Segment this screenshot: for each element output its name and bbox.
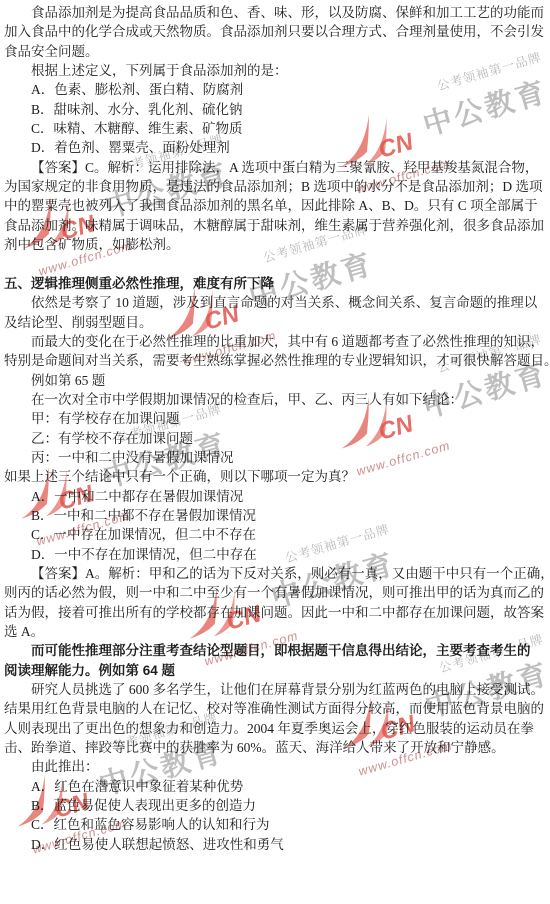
text-line: 例如第 65 题 xyxy=(4,371,548,390)
option-c: C．一中存在加课情况，但二中不存在 xyxy=(4,525,548,544)
text-line: 击、跆拳道、摔跤等比赛中的获胜率为 60%。蓝天、海洋给人带来了开放和宁静感。 xyxy=(4,738,548,757)
answer-line: 【答案】A。解析：甲和乙的话为下反对关系，则必有一真，又由题干中只有一个正确， xyxy=(4,564,548,583)
text-line: 在一次对全市中学假期加课情况的检查后，甲、乙、丙三人有如下结论： xyxy=(4,390,548,409)
emphasis-line: 阅读理解能力。例如第 64 题 xyxy=(4,661,548,680)
text-line: 话为假，接着可推出所有的学校都存在加课问题。因此一中和二中都存在加课问题，故答案 xyxy=(4,603,548,622)
statement-bing: 丙：一中和二中没有暑假加课情况 xyxy=(4,448,548,467)
text-line: 研究人员挑选了 600 多名学生，让他们在屏幕背景分别为红蓝两色的电脑上接受测试… xyxy=(4,680,548,699)
option-a: A．色素、膨松剂、蛋白精、防腐剂 xyxy=(4,80,548,99)
option-a: A．一中和二中都存在暑假加课情况 xyxy=(4,487,548,506)
section-heading: 五、逻辑推理侧重必然性推理，难度有所下降 xyxy=(4,274,548,293)
statement-yi: 乙：有学校不存在加课问题 xyxy=(4,429,548,448)
text-line: 而最大的变化在于必然性推理的比重加大，其中有 6 道题都考查了必然性推理的知识， xyxy=(4,332,548,351)
option-b: B．甜味剂、水分、乳化剂、硫化钠 xyxy=(4,100,548,119)
option-b: B．一中和二中都不存在暑假加课情况 xyxy=(4,506,548,525)
text-line: 中的罂粟壳也被列入了我国食品添加剂的黑名单，因此排除 A、B、D。只有 C 项全… xyxy=(4,196,548,215)
text-line: 剂中包含矿物质，如膨松剂。 xyxy=(4,235,548,254)
option-d: D．红色易使人联想起愤怒、进攻性和勇气 xyxy=(4,835,548,854)
answer-line: 【答案】C。解析：运用排除法，A 选项中蛋白精为三聚氰胺、羟甲基羧基氮混合物， xyxy=(4,158,548,177)
text-line: 由此推出： xyxy=(4,757,548,776)
option-c: C．红色和蓝色容易影响人的认知和行为 xyxy=(4,815,548,834)
option-d: D．着色剂、罂粟壳、面粉处理剂 xyxy=(4,138,548,157)
text-line: 根据上述定义，下列属于食品添加剂的是： xyxy=(4,61,548,80)
text-line: 为国家规定的非食用物质，是违法的食品添加剂；B 选项中的水分不是食品添加剂；D … xyxy=(4,177,548,196)
text-line: 依然是考察了 10 道题，涉及到直言命题的对当关系、概念间关系、复言命题的推理以 xyxy=(4,293,548,312)
text-line: 加入食品中的化学合成或天然物质。食品添加剂只要以合理方式、合理剂量使用，不会引发 xyxy=(4,22,548,41)
text-line: 食品添加剂。味精属于调味品，木糖醇属于甜味剂，维生素属于营养强化剂，很多食品添加 xyxy=(4,216,548,235)
option-b: B．蓝色易促使人表现出更多的创造力 xyxy=(4,796,548,815)
text-line: 则丙的话必然为假，则一中和二中至少有一个有暑假加课情况，则可推出甲的话为真而乙的 xyxy=(4,583,548,602)
text-line: 特别是命题间对当关系，需要考生熟练掌握必然性推理的专业逻辑知识，才可很快解答题目… xyxy=(4,351,548,370)
text-line: 如果上述三个结论中只有一个正确，则以下哪项一定为真？ xyxy=(4,467,548,486)
option-c: C．味精、木糖醇、维生素、矿物质 xyxy=(4,119,548,138)
emphasis-line: 而可能性推理部分注重考查结论型题目，即根据题干信息得出结论，主要考查考生的 xyxy=(4,641,548,660)
text-line: 结果用红色背景电脑的人在记忆、校对等准确性测试方面得分较高，而使用蓝色背景电脑的 xyxy=(4,699,548,718)
document-page: 公考领袖第一品牌 CN 中公教育 www.offcn.com 公考领袖第一品牌 … xyxy=(0,0,550,904)
blank-line xyxy=(4,254,548,273)
text-line: 及结论型、削弱型题目。 xyxy=(4,313,548,332)
option-d: D．一中不存在加课情况，但二中存在 xyxy=(4,545,548,564)
document-text: 食品添加剂是为提高食品品质和色、香、味、形，以及防腐、保鲜和加工工艺的功能而 加… xyxy=(4,3,548,854)
text-line: 选 A。 xyxy=(4,622,548,641)
statement-jia: 甲：有学校存在加课问题 xyxy=(4,409,548,428)
option-a: A．红色在潜意识中象征着某种优势 xyxy=(4,777,548,796)
text-line: 人则表现出了更出色的想象力和创造力。2004 年夏季奥运会上，穿红色服装的运动员… xyxy=(4,719,548,738)
text-line: 食品安全问题。 xyxy=(4,42,548,61)
text-line: 食品添加剂是为提高食品品质和色、香、味、形，以及防腐、保鲜和加工工艺的功能而 xyxy=(4,3,548,22)
